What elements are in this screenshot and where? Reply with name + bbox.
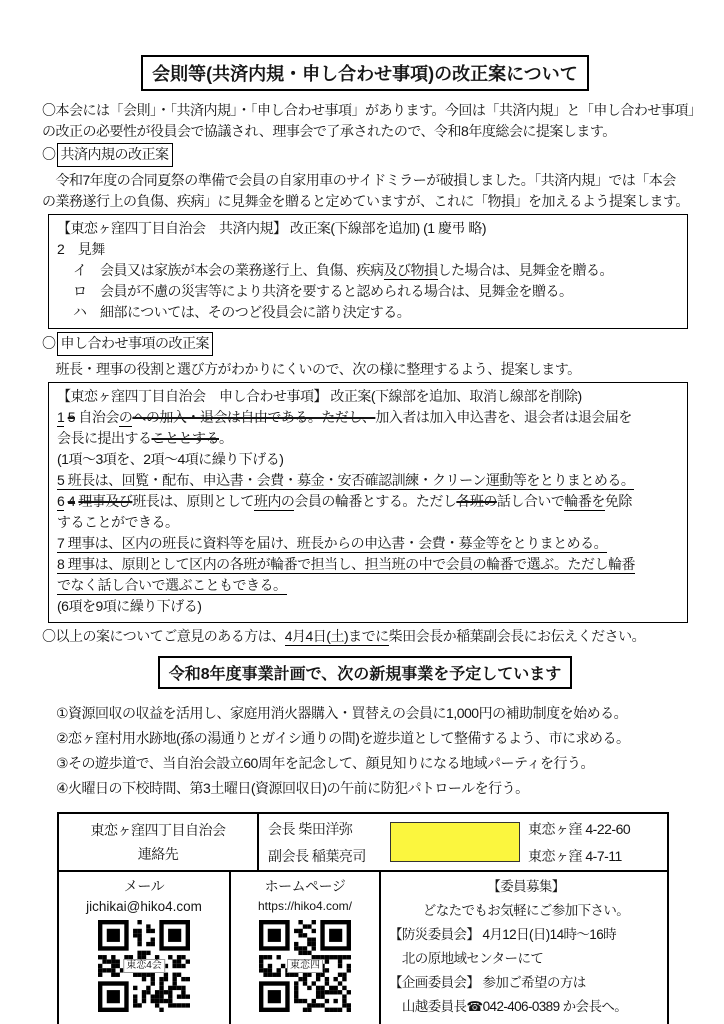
text-run: への加入・退会は自由である。ただし、 [132,409,375,425]
text-run: 【東恋ヶ窪四丁目自治会 共済内規】 改正案(下線部を追加) (1 慶弔 略) [57,220,486,236]
text-run: 北の原地域センターにて [389,951,543,966]
committee-recruit-cell: 【委員募集】どなたでもお気軽にご参加下さい。【防災委員会】 4月12日(日)14… [381,872,667,1024]
text-line: (6項を9項に繰り下げる) [57,596,679,617]
text-run: 2 見舞 [57,241,105,257]
moshiawase-rules-box: 【東恋ヶ窪四丁目自治会 申し合わせ事項】 改正案(下線部を追加、取消し線部を削除… [48,382,688,623]
text-line: 【防災委員会】 4月12日(日)14時〜16時 [389,923,663,947]
intro-paragraph: 〇本会には「会則」・「共済内規」・「申し合わせ事項」があります。今回は「共済内規… [42,100,688,142]
title-row: 会則等(共済内規・申し合わせ事項)の改正案について [42,55,688,91]
text-run: 〇以上の案についてご意見のある方は、 [42,628,285,644]
text-run: こととする [152,430,220,446]
text-run: 各班の [456,493,497,509]
text-line: 7 理事は、区内の班長に資料等を届け、班長からの申込書・会費・募金等をとりまとめ… [57,533,679,554]
text-run: どなたでもお気軽にご参加下さい。 [423,903,629,918]
qr-code-label: 東恋四 [287,959,323,973]
qr-code-web: 東恋四 [259,920,351,1012]
text-run: ③その遊歩道で、当自治会設立60周年を記念して、顔見知りになる地域パーティを行う… [56,755,594,771]
text-line: 5 班長は、回覧・配布、申込書・会費・募金・安否確認訓練・クリーン運動等をとりま… [57,470,679,491]
text-run: ①資源回収の収益を活用し、家庭用消火器購入・買替えの会員に1,000円の補助制度… [56,705,627,721]
text-run: 7 理事は、区内の班長に資料等を届け、班長からの申込書・会費・募金等をとりまとめ… [57,535,607,553]
contact-row-bottom: メール jichikai@hiko4.com 東恋4会 ホームページ https… [59,872,667,1024]
text-run: 免除 [605,493,632,509]
plans-list: ①資源回収の収益を活用し、家庭用消火器購入・買替えの会員に1,000円の補助制度… [56,702,688,800]
text-line: 【委員募集】 [389,875,663,899]
text-run: 班内の [254,493,295,511]
officer-names: 会長 柴田洋弥 副会長 稲葉亮司 [259,819,390,866]
page-title: 会則等(共済内規・申し合わせ事項)の改正案について [141,55,589,91]
kyosai-rules-box: 【東恋ヶ窪四丁目自治会 共済内規】 改正案(下線部を追加) (1 慶弔 略)2 … [48,214,688,329]
text-run: 5 班長は、回覧・配布、申込書・会費・募金・安否確認訓練・クリーン運動等をとりま… [57,472,634,490]
qr-code-label: 東恋4会 [123,959,165,973]
text-line: 【東恋ヶ窪四丁目自治会 申し合わせ事項】 改正案(下線部を追加、取消し線部を削除… [57,386,679,407]
text-run: (6項を9項に繰り下げる) [57,598,201,614]
chairman-address: 東恋ヶ窪 4-22-60 [528,819,630,839]
section-heading-moshiawase-row: 〇申し合わせ事項の改正案 [42,332,688,356]
org-name: 東恋ヶ窪四丁目自治会 [59,820,257,840]
text-run: の改正の必要性が役員会で協議され、理事会で了承されたので、令和8年度総会に提案し… [42,123,616,139]
text-run: 。 [219,430,233,446]
text-run: 4 [68,493,75,509]
text-run: 042-406-0389 か会長へ。 [483,999,628,1014]
text-run: 班長は、原則として [132,493,254,509]
text-run: 理事及び [78,493,132,509]
text-line: ④火曜日の下校時間、第3土曜日(資源回収日)の午前に防犯パトロールを行う。 [56,777,688,800]
text-run: ハ 細部については、そのつど役員会に諮り決定する。 [73,304,410,320]
text-run: ④火曜日の下校時間、第3土曜日(資源回収日)の午前に防犯パトロールを行う。 [56,780,529,796]
text-run: した場合は、見舞金を贈る。 [438,262,614,278]
text-run: 5 [68,409,75,425]
text-run: 柴田会長か稲葉副会長にお伝えください。 [389,628,646,644]
phone-icon: ☎ [466,999,482,1014]
homepage-url: https://hiko4.com/ [231,897,379,916]
text-run: でなく話し合いで選ぶこともできる。 [57,577,287,595]
text-line: どなたでもお気軽にご参加下さい。 [389,899,663,923]
text-line: 【東恋ヶ窪四丁目自治会 共済内規】 改正案(下線部を追加) (1 慶弔 略) [57,218,679,239]
text-run: 4月4日(土)までに [285,628,389,646]
moshiawase-paragraph: 班長・理事の役割と選び方がわかりにくいので、次の様に整理するよう、提案します。 [42,359,688,380]
text-line: ロ 会員が不慮の災害等により共済を要すると認められる場合は、見舞金を贈る。 [57,281,679,302]
plans-title-row: 令和8年度事業計画で、次の新規事業を予定しています [42,656,688,689]
text-line: ハ 細部については、そのつど役員会に諮り決定する。 [57,302,679,323]
circle-bullet: 〇 [42,146,56,162]
text-line: 2 見舞 [57,239,679,260]
section-heading-kyosai: 共済内規の改正案 [57,143,173,167]
text-run: 令和7年度の合同夏祭の準備で会員の自家用車のサイドミラーが破損しました。「共済内… [42,172,676,188]
text-line: イ 会員又は家族が本会の業務遂行上、負傷、疾病及び物損した場合は、見舞金を贈る。 [57,260,679,281]
plans-title: 令和8年度事業計画で、次の新規事業を予定しています [158,656,573,689]
mail-label: メール [59,875,229,897]
text-line: 【企画委員会】 参加ご希望の方は [389,971,663,995]
text-line: 班長・理事の役割と選び方がわかりにくいので、次の様に整理するよう、提案します。 [42,359,688,380]
text-line: ①資源回収の収益を活用し、家庭用消火器購入・買替えの会員に1,000円の補助制度… [56,702,688,725]
org-contact-label: 連絡先 [59,844,257,864]
text-line: でなく話し合いで選ぶこともできる。 [57,575,679,596]
text-line: 北の原地域センターにて [389,947,663,971]
text-line: 令和7年度の合同夏祭の準備で会員の自家用車のサイドミラーが破損しました。「共済内… [42,170,688,191]
text-run: ②恋ヶ窪村用水跡地(孫の湯通りとガイシ通りの間)を遊歩道として整備するよう、市に… [56,730,629,746]
contact-web-cell: ホームページ https://hiko4.com/ 東恋四 [231,872,381,1024]
text-line: ③その遊歩道で、当自治会設立60周年を記念して、顔見知りになる地域パーティを行う… [56,752,688,775]
text-run: 山越委員長 [389,999,466,1014]
text-run: 〇本会には「会則」・「共済内規」・「申し合わせ事項」があります。今回は「共済内規… [42,102,701,118]
text-run: 話し合いで [497,493,565,509]
text-run: 会員の輪番とする。ただし [294,493,456,509]
contact-officers-cell: 会長 柴田洋弥 副会長 稲葉亮司 東恋ヶ窪 4-22-60 東恋ヶ窪 4-7-1… [259,814,667,870]
email-address: jichikai@hiko4.com [59,897,229,916]
text-run: 【東恋ヶ窪四丁目自治会 申し合わせ事項】 改正案(下線部を追加、取消し線部を削除… [57,388,582,404]
feedback-note: 〇以上の案についてご意見のある方は、4月4日(土)までに柴田会長か稲葉副会長にお… [42,626,688,647]
text-run: 加入者は加入申込書を、退会者は退会届を [375,409,632,425]
homepage-label: ホームページ [231,875,379,897]
text-run: 【防災委員会】 4月12日(日)14時〜16時 [389,927,616,942]
text-line: 6 4 理事及び班長は、原則として班内の会員の輪番とする。ただし各班の話し合いで… [57,491,679,512]
redacted-highlight [390,822,520,862]
text-line: 〇本会には「会則」・「共済内規」・「申し合わせ事項」があります。今回は「共済内規… [42,100,688,121]
text-run: イ 会員又は家族が本会の業務遂行上、負傷、疾病 [73,262,384,278]
text-run: 【委員募集】 [487,879,564,894]
vice-chairman-address: 東恋ヶ窪 4-7-11 [528,846,630,866]
text-line: (1項〜3項を、2項〜4項に繰り下げる) [57,449,679,470]
text-run: 及び物損 [384,262,438,280]
qr-code-mail: 東恋4会 [98,920,190,1012]
text-run: 【企画委員会】 参加ご希望の方は [389,975,586,990]
text-line: 会長に提出することとする。 [57,428,679,449]
section-heading-moshiawase: 申し合わせ事項の改正案 [57,332,214,356]
chairman-name: 会長 柴田洋弥 [268,819,390,839]
text-line: 1 5 自治会のへの加入・退会は自由である。ただし、加入者は加入申込書を、退会者… [57,407,679,428]
text-run: の業務遂行上の負傷、疾病」に見舞金を贈ると定めていますが、これに「物損」を加える… [42,193,689,209]
contact-mail-cell: メール jichikai@hiko4.com 東恋4会 [59,872,231,1024]
text-line: ②恋ヶ窪村用水跡地(孫の湯通りとガイシ通りの間)を遊歩道として整備するよう、市に… [56,727,688,750]
text-run: 班長・理事の役割と選び方がわかりにくいので、次の様に整理するよう、提案します。 [42,361,581,377]
text-run: 自治会 [75,409,119,425]
text-run: ロ 会員が不慮の災害等により共済を要すると認められる場合は、見舞金を贈る。 [73,283,573,299]
text-line: することができる。 [57,512,679,533]
contact-row-top: 東恋ヶ窪四丁目自治会 連絡先 会長 柴田洋弥 副会長 稲葉亮司 東恋ヶ窪 4-2… [59,814,667,872]
kyosai-paragraph: 令和7年度の合同夏祭の準備で会員の自家用車のサイドミラーが破損しました。「共済内… [42,170,688,212]
text-line: 山越委員長☎042-406-0389 か会長へ。 [389,995,663,1019]
text-run: することができる。 [57,514,179,530]
text-line: の改正の必要性が役員会で協議され、理事会で了承されたので、令和8年度総会に提案し… [42,121,688,142]
circle-bullet: 〇 [42,335,56,351]
section-heading-kyosai-row: 〇共済内規の改正案 [42,143,688,167]
contact-table: 東恋ヶ窪四丁目自治会 連絡先 会長 柴田洋弥 副会長 稲葉亮司 東恋ヶ窪 4-2… [57,812,669,1024]
text-run: 会長に提出する [57,430,152,446]
text-line: 8 理事は、原則として区内の各班が輪番で担当し、担当班の中で会員の輪番で選ぶ。た… [57,554,679,575]
text-run: 8 理事は、原則として区内の各班が輪番で担当し、担当班の中で会員の輪番で選ぶ。た… [57,556,635,574]
text-line: の業務遂行上の負傷、疾病」に見舞金を贈ると定めていますが、これに「物損」を加える… [42,191,688,212]
officer-addresses: 東恋ヶ窪 4-22-60 東恋ヶ窪 4-7-11 [520,819,630,866]
text-run: (1項〜3項を、2項〜4項に繰り下げる) [57,451,283,467]
contact-org-cell: 東恋ヶ窪四丁目自治会 連絡先 [59,814,259,870]
text-run: の [119,409,133,427]
document-page: 会則等(共済内規・申し合わせ事項)の改正案について 〇本会には「会則」・「共済内… [0,0,724,1024]
vice-chairman-name: 副会長 稲葉亮司 [268,846,390,866]
text-run: 輪番を [564,493,605,511]
